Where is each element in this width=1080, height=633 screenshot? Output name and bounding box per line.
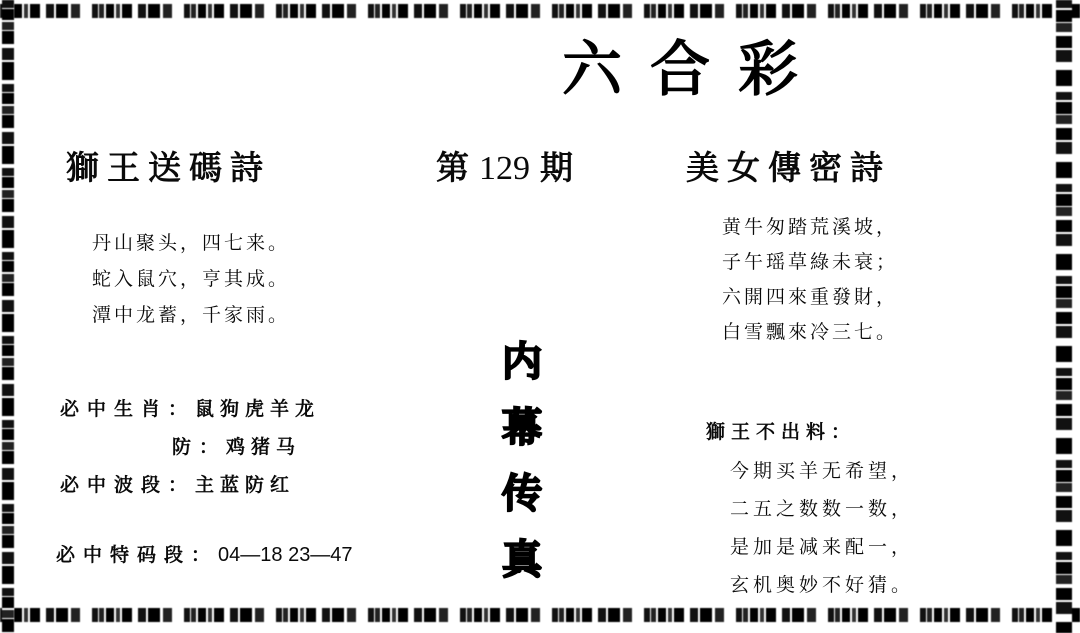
watermark-border-bottom bbox=[0, 608, 1080, 622]
zodiac-value: 鼠狗虎羊龙 bbox=[195, 398, 320, 420]
watermark-border-left bbox=[2, 0, 14, 633]
zodiac-pick: 必中生肖：鼠狗虎羊龙 bbox=[60, 394, 320, 424]
poem-line: 今期买羊无希望， bbox=[730, 452, 914, 490]
lion-king-tip-heading: 獅王不出料： bbox=[706, 418, 856, 446]
beauty-poem-heading: 美女傳密詩 bbox=[686, 146, 891, 190]
issue-value: 129 bbox=[479, 147, 530, 191]
beauty-poem: 黄牛匆踏荒溪坡， 子午瑶草綠未衰； 六開四來重發財， 白雪飄來冷三七。 bbox=[722, 210, 898, 350]
issue-number: 第 129 期 bbox=[436, 146, 573, 191]
lion-king-tip-poem: 今期买羊无希望， 二五之数数一数， 是加是减来配一， 玄机奥妙不好猜。 bbox=[730, 452, 914, 604]
issue-prefix: 第 bbox=[436, 146, 469, 190]
code-label: 必中特码段： bbox=[56, 544, 218, 566]
main-title: 六合彩 bbox=[562, 36, 826, 104]
lion-king-poem-heading: 獅王送碼詩 bbox=[66, 146, 271, 190]
vertical-char: 内 bbox=[502, 340, 542, 384]
insider-fax-vertical-title: 内 幕 传 真 bbox=[497, 340, 547, 582]
code-value: 04—18 23—47 bbox=[218, 544, 353, 566]
zodiac-label: 必中生肖： bbox=[60, 398, 195, 420]
vertical-char: 真 bbox=[502, 538, 542, 582]
watermark-border-top bbox=[0, 4, 1080, 18]
vertical-char: 传 bbox=[502, 472, 542, 516]
poem-line: 六開四來重發財， bbox=[722, 280, 898, 315]
guard-label: 防： bbox=[172, 436, 226, 458]
poem-line: 丹山聚头，四七来。 bbox=[92, 225, 290, 261]
poem-line: 子午瑶草綠未衰； bbox=[722, 245, 898, 280]
poem-line: 是加是减来配一， bbox=[730, 528, 914, 566]
vertical-char: 幕 bbox=[502, 406, 542, 450]
poem-line: 玄机奥妙不好猜。 bbox=[730, 566, 914, 604]
poem-line: 黄牛匆踏荒溪坡， bbox=[722, 210, 898, 245]
poem-line: 二五之数数一数， bbox=[730, 490, 914, 528]
wave-label: 必中波段： bbox=[60, 474, 195, 496]
guard-pick: 防：鸡猪马 bbox=[172, 432, 301, 462]
lion-king-poem: 丹山聚头，四七来。 蛇入鼠穴，亨其成。 潭中龙蓄，千家雨。 bbox=[92, 225, 290, 333]
special-code-range: 必中特码段：04—18 23—47 bbox=[56, 540, 353, 570]
poem-line: 白雪飄來冷三七。 bbox=[722, 315, 898, 350]
poem-line: 潭中龙蓄，千家雨。 bbox=[92, 297, 290, 333]
issue-suffix: 期 bbox=[540, 146, 573, 190]
wave-pick: 必中波段：主蓝防红 bbox=[60, 470, 295, 500]
guard-value: 鸡猪马 bbox=[226, 436, 301, 458]
wave-value: 主蓝防红 bbox=[195, 474, 295, 496]
watermark-border-right bbox=[1056, 0, 1072, 633]
poem-line: 蛇入鼠穴，亨其成。 bbox=[92, 261, 290, 297]
